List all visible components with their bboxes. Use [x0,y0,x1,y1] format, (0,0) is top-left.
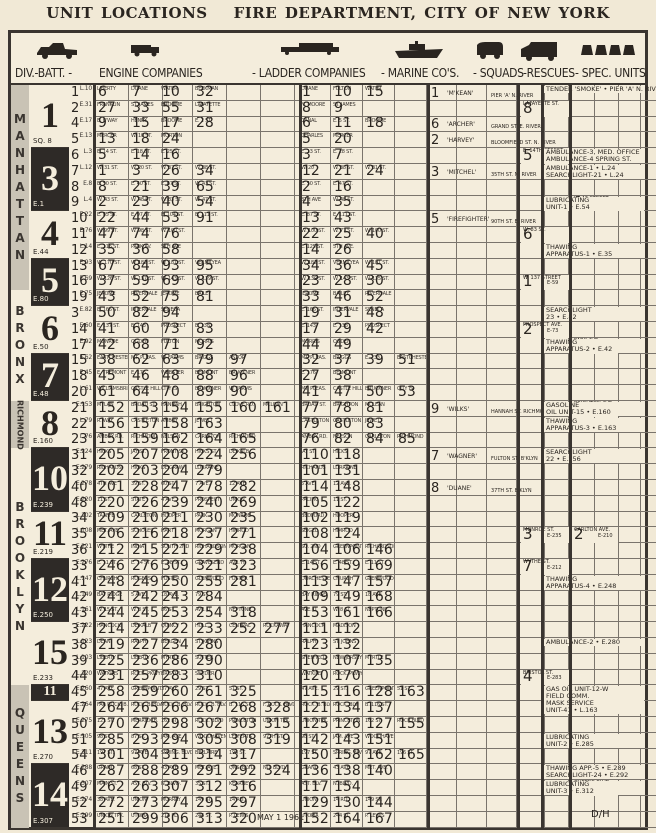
ladder-company-cell[interactable]: BRIGGS37 [331,354,363,369]
engine-company-cell[interactable]: LEFFERTS308 [227,733,261,748]
marine-company[interactable]: 5'FIREFIGHTER'90TH ST. E. RIVER [431,211,517,227]
engine-company-cell[interactable]: BROAD ST.153 [129,401,163,416]
ladder-company-cell[interactable]: BROAD ST.77 [299,401,331,416]
battalion-number[interactable]: 50E.275 [69,717,95,732]
battalion-number[interactable]: 45E.260 [69,685,95,700]
engine-company-cell[interactable]: W. 83 ST.40 [159,196,193,211]
engine-company-cell[interactable]: JEWETT163 [193,417,227,432]
engine-company-cell[interactable]: 197 ST.301 [95,749,129,764]
battalion-number[interactable]: 6L.3 [69,148,95,163]
ladder-company-cell[interactable]: E. 13829 [331,322,363,337]
engine-company-cell[interactable]: E. 25 ST.16 [159,148,193,163]
ladder-company-cell[interactable]: 11 ST.122 [331,496,363,511]
ladder-company-cell[interactable]: W. 38 ST.21 [331,164,363,179]
ladder-company-cell[interactable] [363,622,395,637]
ladder-company-cell[interactable] [395,417,427,432]
engine-company-cell[interactable] [261,290,295,305]
special-unit[interactable]: TENDER 'SMOKE' • PIER 'A' N. RIVER [544,86,644,93]
battalion-number[interactable]: 17E.92 [69,338,95,353]
engine-company-cell[interactable]: E. 48 ST.309 [159,559,193,574]
ladder-company-cell[interactable]: 79 ST.149 [331,591,363,606]
ladder-company-cell[interactable]: W. 182 ST.34 [299,259,331,274]
engine-company-cell[interactable]: ROCK. BLVD302 [193,717,227,732]
engine-company-cell[interactable] [261,591,295,606]
engine-company-cell[interactable]: BELLAIRE314 [193,749,227,764]
ladder-company-cell[interactable]: SEIGEL108 [299,527,331,542]
ladder-company-cell[interactable] [395,322,427,337]
engine-company-cell[interactable]: HIMROD271 [227,527,261,542]
engine-company-cell[interactable]: BEEKMAN32 [193,85,227,100]
engine-company-cell[interactable]: W. 38 ST.34 [193,164,227,179]
engine-company-cell[interactable] [261,132,295,147]
ladder-company-cell[interactable]: 18 AVE.168 [363,591,395,606]
ladder-company-cell[interactable]: RICHMOND85 [395,433,427,448]
engine-company-cell[interactable]: ROGERS249 [129,575,163,590]
ladder-company-cell[interactable]: E. 111 ST.43 [331,211,363,226]
ladder-company-cell[interactable]: JEWETT83 [363,417,395,432]
ladder-company-cell[interactable] [395,180,427,195]
ladder-company-cell[interactable] [363,638,395,653]
engine-company-cell[interactable]: 51 ST.325 [227,685,261,700]
ladder-company-cell[interactable]: B. 116 ST.137 [363,701,395,716]
battalion-number[interactable]: 10E.22 [69,211,95,226]
engine-company-cell[interactable]: FULTON71 [159,338,193,353]
engine-company-cell[interactable] [261,749,295,764]
engine-company-cell[interactable] [227,591,261,606]
ladder-company-cell[interactable]: N. BLVD.154 [331,780,363,795]
engine-company-cell[interactable]: ROCK. PKWY257 [129,670,163,685]
ladder-company-cell[interactable]: MT. PLEAS.41 [299,385,331,400]
division-block[interactable]: 5E.80 [31,259,69,306]
engine-company-cell[interactable]: 214 PL.306 [159,812,193,827]
engine-company-cell[interactable]: BAY RIDGE241 [95,591,129,606]
ladder-company-cell[interactable] [363,670,395,685]
ladder-company-cell[interactable]: 51 ST.163 [395,685,427,700]
division-block[interactable]: 12E.250 [31,559,69,622]
engine-company-cell[interactable] [261,211,295,226]
engine-company-cell[interactable]: W. 98 ST.74 [129,227,163,242]
engine-company-cell[interactable]: E. 2 ST.28 [193,117,227,132]
engine-company-cell[interactable]: 97TH ST.319 [261,733,295,748]
ladder-company-cell[interactable]: BAY RIDGE109 [299,591,331,606]
engine-company-cell[interactable]: 196 ST.317 [227,749,261,764]
marine-company[interactable]: 9'WILKS'HANNAH ST. RICHMOND [431,401,517,417]
ladder-company-cell[interactable]: E. 5 ST.11 [331,117,363,132]
engine-company-cell[interactable]: PROSPECT73 [159,322,193,337]
battalion-number[interactable]: 43L.161 [69,606,95,621]
engine-company-cell[interactable] [261,180,295,195]
ladder-company-cell[interactable] [363,780,395,795]
ladder-company-cell[interactable]: 47 AVE.115 [299,685,331,700]
engine-company-cell[interactable]: 12 AVE.282 [227,480,261,495]
engine-company-cell[interactable]: MET. AVE.291 [193,764,227,779]
engine-company-cell[interactable] [261,164,295,179]
engine-company-cell[interactable] [261,606,295,621]
engine-company-cell[interactable]: 5TH AVE58 [159,243,193,258]
ladder-company-cell[interactable]: 244 ST.164 [331,812,363,827]
engine-company-cell[interactable]: E. 85 ST.22 [95,211,129,226]
engine-company-cell[interactable]: 18 AVE.243 [159,591,193,606]
ladder-company-cell[interactable] [395,464,427,479]
ladder-company-cell[interactable]: E. 11 ST.169 [363,559,395,574]
engine-company-cell[interactable]: W. 8 ST.245 [129,606,163,621]
squad-company[interactable]: BRISTOL ST.4E-283 [521,670,569,686]
engine-company-cell[interactable] [261,559,295,574]
ladder-company-cell[interactable]: E. 14317 [299,322,331,337]
engine-company-cell[interactable]: LAFAYETTE31 [193,101,227,116]
ladder-company-cell[interactable]: UNION129 [299,796,331,811]
engine-company-cell[interactable]: 4TH AVE201 [95,480,129,495]
engine-company-cell[interactable]: INTERVALE82 [129,306,163,321]
ladder-company-cell[interactable]: 5 AVE.114 [299,480,331,495]
battalion-number[interactable]: 21E.153 [69,401,95,416]
engine-company-cell[interactable]: HICKS205 [95,448,129,463]
battalion-number[interactable]: 15E.62 [69,354,95,369]
ladder-company-cell[interactable] [363,369,395,384]
battalion-number[interactable]: 46E.288 [69,764,95,779]
engine-company-cell[interactable]: HOOPER211 [159,512,193,527]
ladder-company-cell[interactable]: W. 139 ST.23 [299,275,331,290]
engine-company-cell[interactable] [261,417,295,432]
engine-company-cell[interactable]: E. 14360 [129,322,163,337]
battalion-number[interactable]: 53E.299 [69,812,95,827]
battalion-number[interactable]: 39L.103 [69,654,95,669]
engine-company-cell[interactable] [193,243,227,258]
engine-company-cell[interactable]: 68 ST.288 [129,764,163,779]
engine-company-cell[interactable]: FOSTER281 [227,575,261,590]
ladder-company-cell[interactable] [363,464,395,479]
engine-company-cell[interactable] [227,101,261,116]
engine-company-cell[interactable]: E. 97 ST.44 [129,211,163,226]
engine-company-cell[interactable]: F. ROCK. BLVD328 [261,701,295,716]
ladder-company-cell[interactable]: 43 AVE.138 [331,764,363,779]
engine-company-cell[interactable]: CLOVE RD.160 [227,401,261,416]
engine-company-cell[interactable]: UTOPIA299 [129,812,163,827]
engine-company-cell[interactable]: W. 47 ST.54 [193,196,227,211]
division-block[interactable]: 10E.239 [31,448,69,511]
engine-company-cell[interactable]: W. 126 ST.37 [95,275,129,290]
engine-company-cell[interactable] [227,638,261,653]
engine-company-cell[interactable]: 4 AVE.239 [159,496,193,511]
engine-company-cell[interactable]: E. 17646 [129,369,163,384]
marine-company[interactable]: 6'ARCHER'GRAND ST. E. RIVER [431,117,517,133]
ladder-company-cell[interactable] [395,733,427,748]
engine-company-cell[interactable] [227,654,261,669]
engine-company-cell[interactable]: E. 104 ST.53 [159,211,193,226]
engine-company-cell[interactable]: 39 ST.228 [129,480,163,495]
marine-company[interactable]: 1'M'KEAN'PIER 'A' N. RIVER [431,85,517,101]
engine-company-cell[interactable]: DE KALB217 [129,622,163,637]
engine-company-cell[interactable]: FRONT ST.208 [159,448,193,463]
ladder-company-cell[interactable] [363,132,395,147]
division-block[interactable]: 8E.160 [31,401,69,448]
engine-company-cell[interactable]: 87 ST.293 [129,733,163,748]
ladder-company-cell[interactable]: HOOPER119 [331,512,363,527]
engine-company-cell[interactable]: SENECA94 [159,306,193,321]
engine-company-cell[interactable]: BROOME55 [159,101,193,116]
battalion-number[interactable]: 23L.76 [69,433,95,448]
squad-company[interactable]: W. 137 STREET1E-59 [521,275,569,291]
engine-company-cell[interactable] [193,148,227,163]
squad-company[interactable]: W. 83 ST.6 [521,227,569,243]
engine-company-cell[interactable]: MONROE235 [227,512,261,527]
engine-company-cell[interactable] [193,132,227,147]
engine-company-cell[interactable]: UNION TPK.251 [95,812,129,827]
engine-company-cell[interactable] [261,101,295,116]
engine-company-cell[interactable]: BERGEN234 [159,638,193,653]
engine-company-cell[interactable]: MORGAN238 [227,543,261,558]
squad-company[interactable]: LAFAYETTE ST.8 [521,101,569,117]
ladder-company-cell[interactable]: ST. JOHNS132 [331,638,363,653]
ladder-company-cell[interactable] [395,780,427,795]
ladder-company-cell[interactable] [395,211,427,226]
engine-company-cell[interactable]: ASTOR97 [227,354,261,369]
ladder-company-cell[interactable] [363,243,395,258]
engine-company-cell[interactable] [261,369,295,384]
engine-company-cell[interactable]: MERRICK B.275 [129,717,163,732]
marine-company[interactable]: 2'HARVEY'BLOOMFIELD ST. N. RIVER [431,132,517,148]
engine-company-cell[interactable]: JAM. AVE.294 [159,733,193,748]
ladder-company-cell[interactable] [363,512,395,527]
marine-company[interactable]: 8'DUANE'37TH ST. B'KLYN [431,480,517,496]
engine-company-cell[interactable]: 37 AVE.260 [159,685,193,700]
ladder-company-cell[interactable]: NEW JERSEY107 [331,654,363,669]
engine-company-cell[interactable] [261,480,295,495]
engine-company-cell[interactable]: SNYDER310 [193,670,227,685]
ladder-company-cell[interactable]: E. 48 ST.159 [331,559,363,574]
special-unit[interactable]: AMBULANCE-3, MED. OFFICEAMBULANCE-4 SPRI… [544,149,644,163]
engine-company-cell[interactable]: 43 AVE.289 [159,764,193,779]
ladder-company-cell[interactable] [395,527,427,542]
ladder-company-cell[interactable]: UNION TPK.125 [299,717,331,732]
engine-company-cell[interactable]: FOSTER250 [159,575,193,590]
engine-company-cell[interactable] [261,464,295,479]
ladder-company-cell[interactable] [363,448,395,463]
engine-company-cell[interactable]: WILLIAMSBRIDGE61 [95,385,129,400]
engine-company-cell[interactable] [227,275,261,290]
division-block[interactable]: 13E.270 [31,701,69,764]
battalion-number[interactable]: 52E.274 [69,796,95,811]
engine-company-cell[interactable] [227,132,261,147]
ladder-company-cell[interactable]: 98 ST.142 [299,733,331,748]
engine-company-cell[interactable] [261,433,295,448]
squad-company[interactable]: WYTHE ST.7E-212 [521,559,569,575]
ladder-company-cell[interactable] [363,211,395,226]
engine-company-cell[interactable]: MONROE42 [95,338,129,353]
ladder-company-cell[interactable]: EASTCHESTER51 [395,354,427,369]
engine-company-cell[interactable]: CHURCH248 [95,575,129,590]
engine-company-cell[interactable] [227,670,261,685]
ladder-company-cell[interactable]: W. 181 ST.45 [363,259,395,274]
battalion-number[interactable]: 20L.61 [69,385,95,400]
engine-company-cell[interactable]: PARK AV.36 [129,243,163,258]
ladder-company-cell[interactable]: E. 13 ST.3 [299,148,331,163]
ladder-company-cell[interactable]: SPRING. BLVD158 [331,749,363,764]
ladder-company-cell[interactable]: 97 AVE.162 [363,749,395,764]
ladder-company-cell[interactable]: INTERVALE31 [331,306,363,321]
ladder-company-cell[interactable]: SENECA48 [363,306,395,321]
ladder-company-cell[interactable]: MYRTLE135 [363,654,395,669]
ladder-company-cell[interactable]: PRINCETON126 [331,717,363,732]
engine-company-cell[interactable]: 149 ST.295 [193,796,227,811]
engine-company-cell[interactable]: MORTON24 [159,132,193,147]
ladder-company-cell[interactable]: CANAL6 [299,117,331,132]
division-block[interactable]: 1SQ. 8 [31,85,69,148]
ladder-company-cell[interactable]: P. LEWIS167 [363,812,395,827]
ladder-company-cell[interactable]: GLENWOOD157 [363,575,395,590]
engine-company-cell[interactable]: DEAN219 [95,638,129,653]
special-unit[interactable]: THAWINGAPPARATUS-3 • E.163 [544,418,644,432]
marine-company[interactable]: 7'WAGNER'FULTON ST. B'KLYN [431,448,517,464]
engine-company-cell[interactable]: E. 11 ST.246 [95,559,129,574]
engine-company-cell[interactable]: 162 ST.298 [159,717,193,732]
ladder-company-cell[interactable]: E. 28 ST.7 [331,148,363,163]
ladder-company-cell[interactable]: NEPTUNE166 [363,606,395,621]
engine-company-cell[interactable]: E. 67 ST.39 [159,180,193,195]
battalion-number[interactable]: 32E.279 [69,464,95,479]
ladder-company-cell[interactable]: BELMONT38 [331,369,363,384]
division-block[interactable]: 11 [31,685,69,701]
engine-company-cell[interactable] [227,322,261,337]
engine-company-cell[interactable] [227,211,261,226]
engine-company-cell[interactable]: W. 31 ST.1 [95,164,129,179]
engine-company-cell[interactable]: EASTCHESTER38 [95,354,129,369]
engine-company-cell[interactable]: SCHOLES216 [129,527,163,542]
division-block[interactable]: 14E.307 [31,764,69,827]
engine-company-cell[interactable]: JEROME75 [159,290,193,305]
engine-company-cell[interactable]: E. TREMONT45 [95,369,129,384]
engine-company-cell[interactable]: AVE. U254 [193,606,227,621]
engine-company-cell[interactable] [193,306,227,321]
engine-company-cell[interactable]: 79 ST.284 [193,591,227,606]
battalion-number[interactable]: 14E.60 [69,322,95,337]
special-unit[interactable]: SEARCHLIGHT23 • E.82 [544,307,644,321]
ladder-company-cell[interactable]: ST. JAMES9 [331,101,363,116]
ladder-company-cell[interactable]: GRAND136 [299,764,331,779]
ladder-company-cell[interactable]: W. 48 ST.35 [331,196,363,211]
engine-company-cell[interactable]: WEBSTER48 [159,369,193,384]
engine-company-cell[interactable] [261,196,295,211]
special-unit[interactable]: LUBRICATINGUNIT-3 • E.312 [544,781,644,795]
engine-company-cell[interactable]: W. 137 ST.59 [129,275,163,290]
ladder-company-cell[interactable] [395,512,427,527]
battalion-number[interactable]: 5E.13 [69,132,95,147]
ladder-company-cell[interactable]: JAY ST.110 [299,448,331,463]
ladder-company-cell[interactable] [395,85,427,100]
engine-company-cell[interactable] [261,654,295,669]
ladder-company-cell[interactable] [395,575,427,590]
ladder-company-cell[interactable]: CHARLES5 [299,132,331,147]
engine-company-cell[interactable]: 47 AVE.258 [95,685,129,700]
engine-company-cell[interactable]: 244 ST.313 [193,812,227,827]
battalion-number[interactable]: 4E.17 [69,117,95,132]
engine-company-cell[interactable]: W. 10 ST.18 [129,132,163,147]
battalion-number[interactable]: 44L.120 [69,670,95,685]
engine-company-cell[interactable]: UNION273 [129,796,163,811]
engine-company-cell[interactable]: WATER10 [159,85,193,100]
engine-company-cell[interactable]: ROCKAWAY277 [261,622,295,637]
battalion-number[interactable]: 7L.12 [69,164,95,179]
engine-company-cell[interactable] [261,275,295,290]
engine-company-cell[interactable]: MYRTLE286 [159,654,193,669]
engine-company-cell[interactable]: W. FARMS90 [227,385,261,400]
ladder-company-cell[interactable] [395,591,427,606]
engine-company-cell[interactable]: W. 43 ST.2 [95,196,129,211]
engine-company-cell[interactable]: LIBERTY225 [95,654,129,669]
engine-company-cell[interactable] [227,417,261,432]
engine-company-cell[interactable]: W. FARMS63 [159,354,193,369]
ladder-company-cell[interactable]: RALPH123 [299,638,331,653]
engine-company-cell[interactable]: VERMILYEA95 [193,259,227,274]
battalion-number[interactable]: 12L.14 [69,243,95,258]
ladder-company-cell[interactable]: BROOME18 [363,117,395,132]
engine-company-cell[interactable] [227,227,261,242]
engine-company-cell[interactable]: BRIGGS79 [193,354,227,369]
ladder-company-cell[interactable]: HIMROD124 [331,527,363,542]
battalion-number[interactable]: 18E.45 [69,369,95,384]
ladder-company-cell[interactable]: E. 17627 [299,369,331,384]
ladder-company-cell[interactable]: VERMILYEA36 [331,259,363,274]
ladder-company-cell[interactable] [395,401,427,416]
ladder-company-cell[interactable] [395,227,427,242]
division-block[interactable]: 3E.1 [31,148,69,211]
battalion-number[interactable]: 38L.123 [69,638,95,653]
ladder-company-cell[interactable]: WOODHAVEN151 [363,733,395,748]
engine-company-cell[interactable]: HICKS ST.224 [193,448,227,463]
ladder-company-cell[interactable] [363,148,395,163]
special-unit[interactable]: LUBRICATINGUNIT-2 • E.285 [544,734,644,748]
engine-company-cell[interactable]: DE GRAW204 [159,464,193,479]
engine-company-cell[interactable] [261,685,295,700]
engine-company-cell[interactable]: PRINCETON303 [227,717,261,732]
ladder-company-cell[interactable] [395,559,427,574]
engine-company-cell[interactable]: UNION269 [227,496,261,511]
ladder-company-cell[interactable]: CITY IS.53 [395,385,427,400]
engine-company-cell[interactable]: CASTLE HILL64 [129,385,163,400]
engine-company-cell[interactable]: JAY ST.207 [129,448,163,463]
ladder-company-cell[interactable] [395,670,427,685]
engine-company-cell[interactable] [227,148,261,163]
battalion-number[interactable]: 54E.311 [69,749,95,764]
engine-company-cell[interactable]: 98 ST.285 [95,733,129,748]
engine-company-cell[interactable] [261,385,295,400]
ladder-company-cell[interactable]: W. 8 ST.161 [331,606,363,621]
battalion-number[interactable]: 19E.75 [69,290,95,305]
engine-company-cell[interactable]: INDIA215 [129,543,163,558]
ladder-company-cell[interactable]: SO. 2ND104 [299,543,331,558]
battalion-number[interactable]: 9L.4 [69,196,95,211]
ladder-company-cell[interactable]: W. 135 ST.30 [363,275,395,290]
engine-company-cell[interactable] [193,227,227,242]
engine-company-cell[interactable]: MURRAY274 [159,796,193,811]
battalion-number[interactable]: 35L.108 [69,527,95,542]
ladder-company-cell[interactable]: 12 AVE.148 [331,480,363,495]
engine-company-cell[interactable]: JEROME43 [95,290,129,305]
engine-company-cell[interactable]: RICHMOND165 [227,433,261,448]
engine-company-cell[interactable]: DE KALB256 [227,448,261,463]
battalion-number[interactable]: 37E.222 [69,622,95,637]
battalion-number[interactable]: 8E.8 [69,180,95,195]
ladder-company-cell[interactable]: N. MOORE8 [299,101,331,116]
engine-company-cell[interactable] [261,338,295,353]
battalion-number[interactable]: 36E.221 [69,543,95,558]
ladder-company-cell[interactable]: FULTON10 [331,85,363,100]
ladder-company-cell[interactable]: JEROME33 [299,290,331,305]
ladder-company-cell[interactable] [395,654,427,669]
ladder-company-cell[interactable] [395,480,427,495]
ladder-company-cell[interactable]: AMBOY RD.76 [299,433,331,448]
engine-company-cell[interactable]: GREENPOINT259 [129,685,163,700]
